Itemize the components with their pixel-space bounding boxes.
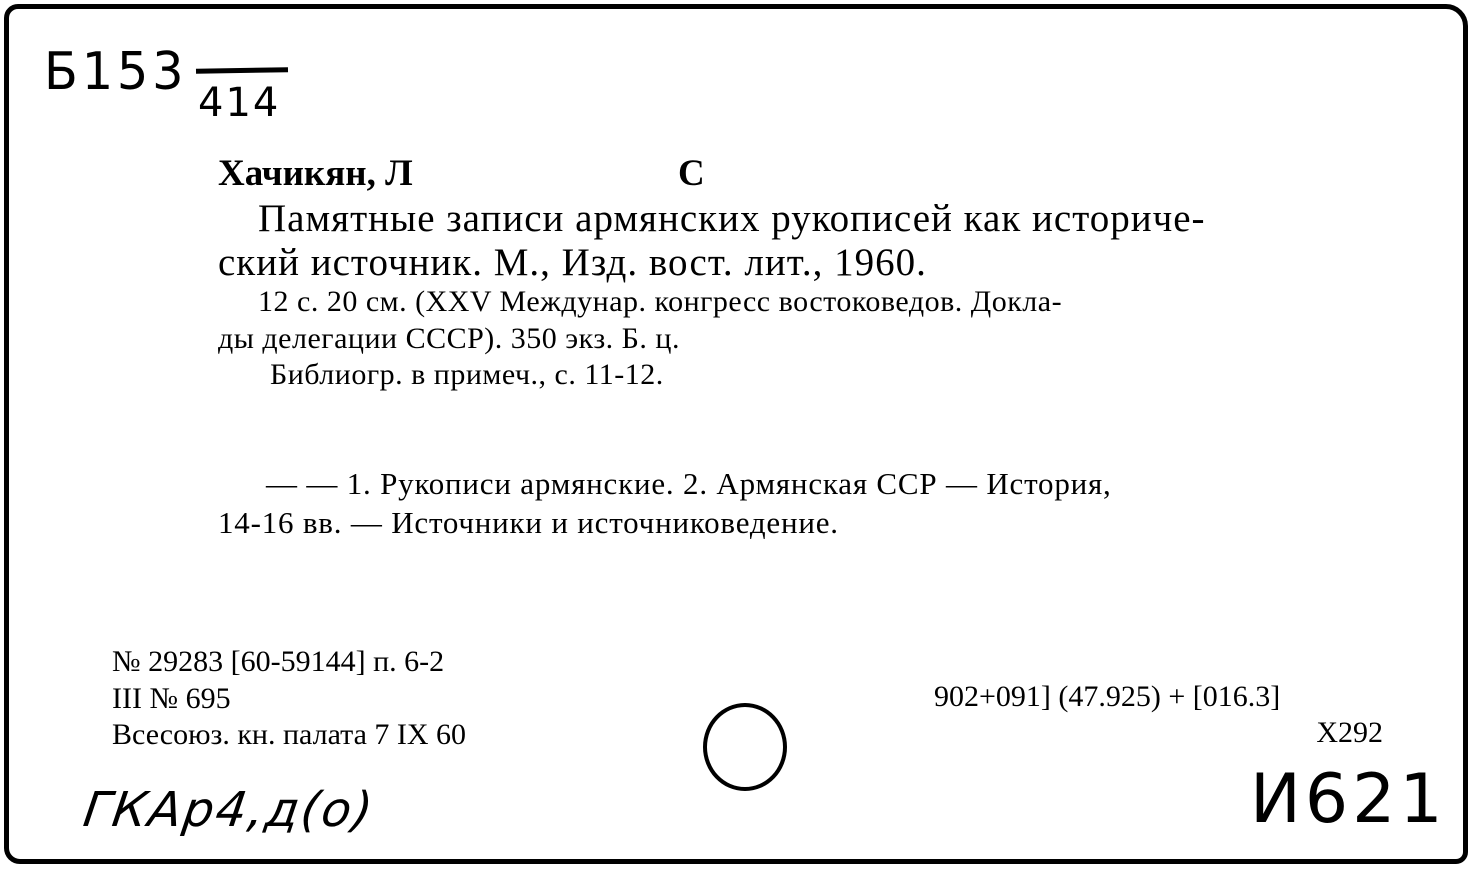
description-line: 12 с. 20 см. (XXV Междунар. конгресс вос…	[258, 285, 1062, 319]
description-line: ды делегации СССР). 350 экз. Б. ц.	[218, 322, 680, 356]
title-line: Памятные записи армянских рукописей как …	[258, 196, 1206, 241]
shelf-mark-top: Б153	[44, 42, 187, 102]
title-line: ский источник. М., Изд. вост. лит., 1960…	[218, 240, 927, 285]
classification-index: 902+091] (47.925) + [016.3]	[934, 680, 1280, 714]
bibliography-note: Библиогр. в примеч., с. 11-12.	[270, 358, 664, 392]
registration-chamber: Всесоюз. кн. палата 7 IX 60	[112, 718, 466, 752]
circle-stamp-icon	[703, 703, 787, 791]
registration-number: № 29283 [60-59144] п. 6-2	[112, 645, 444, 679]
handwritten-location-code: ГКАр4,д(о)	[80, 782, 378, 838]
subject-heading-line: — — 1. Рукописи армянские. 2. Армянская …	[266, 466, 1112, 502]
subject-heading-line: 14-16 вв. — Источники и источниковедение…	[218, 505, 839, 541]
author-mark: Х292	[1316, 716, 1383, 750]
handwritten-inventory-code: И621	[1250, 760, 1447, 839]
author-name: Хачикян, Л	[218, 152, 413, 195]
shelf-mark-bottom: 414	[198, 80, 280, 126]
registration-series: III № 695	[112, 682, 231, 716]
author-letter: С	[678, 152, 705, 195]
